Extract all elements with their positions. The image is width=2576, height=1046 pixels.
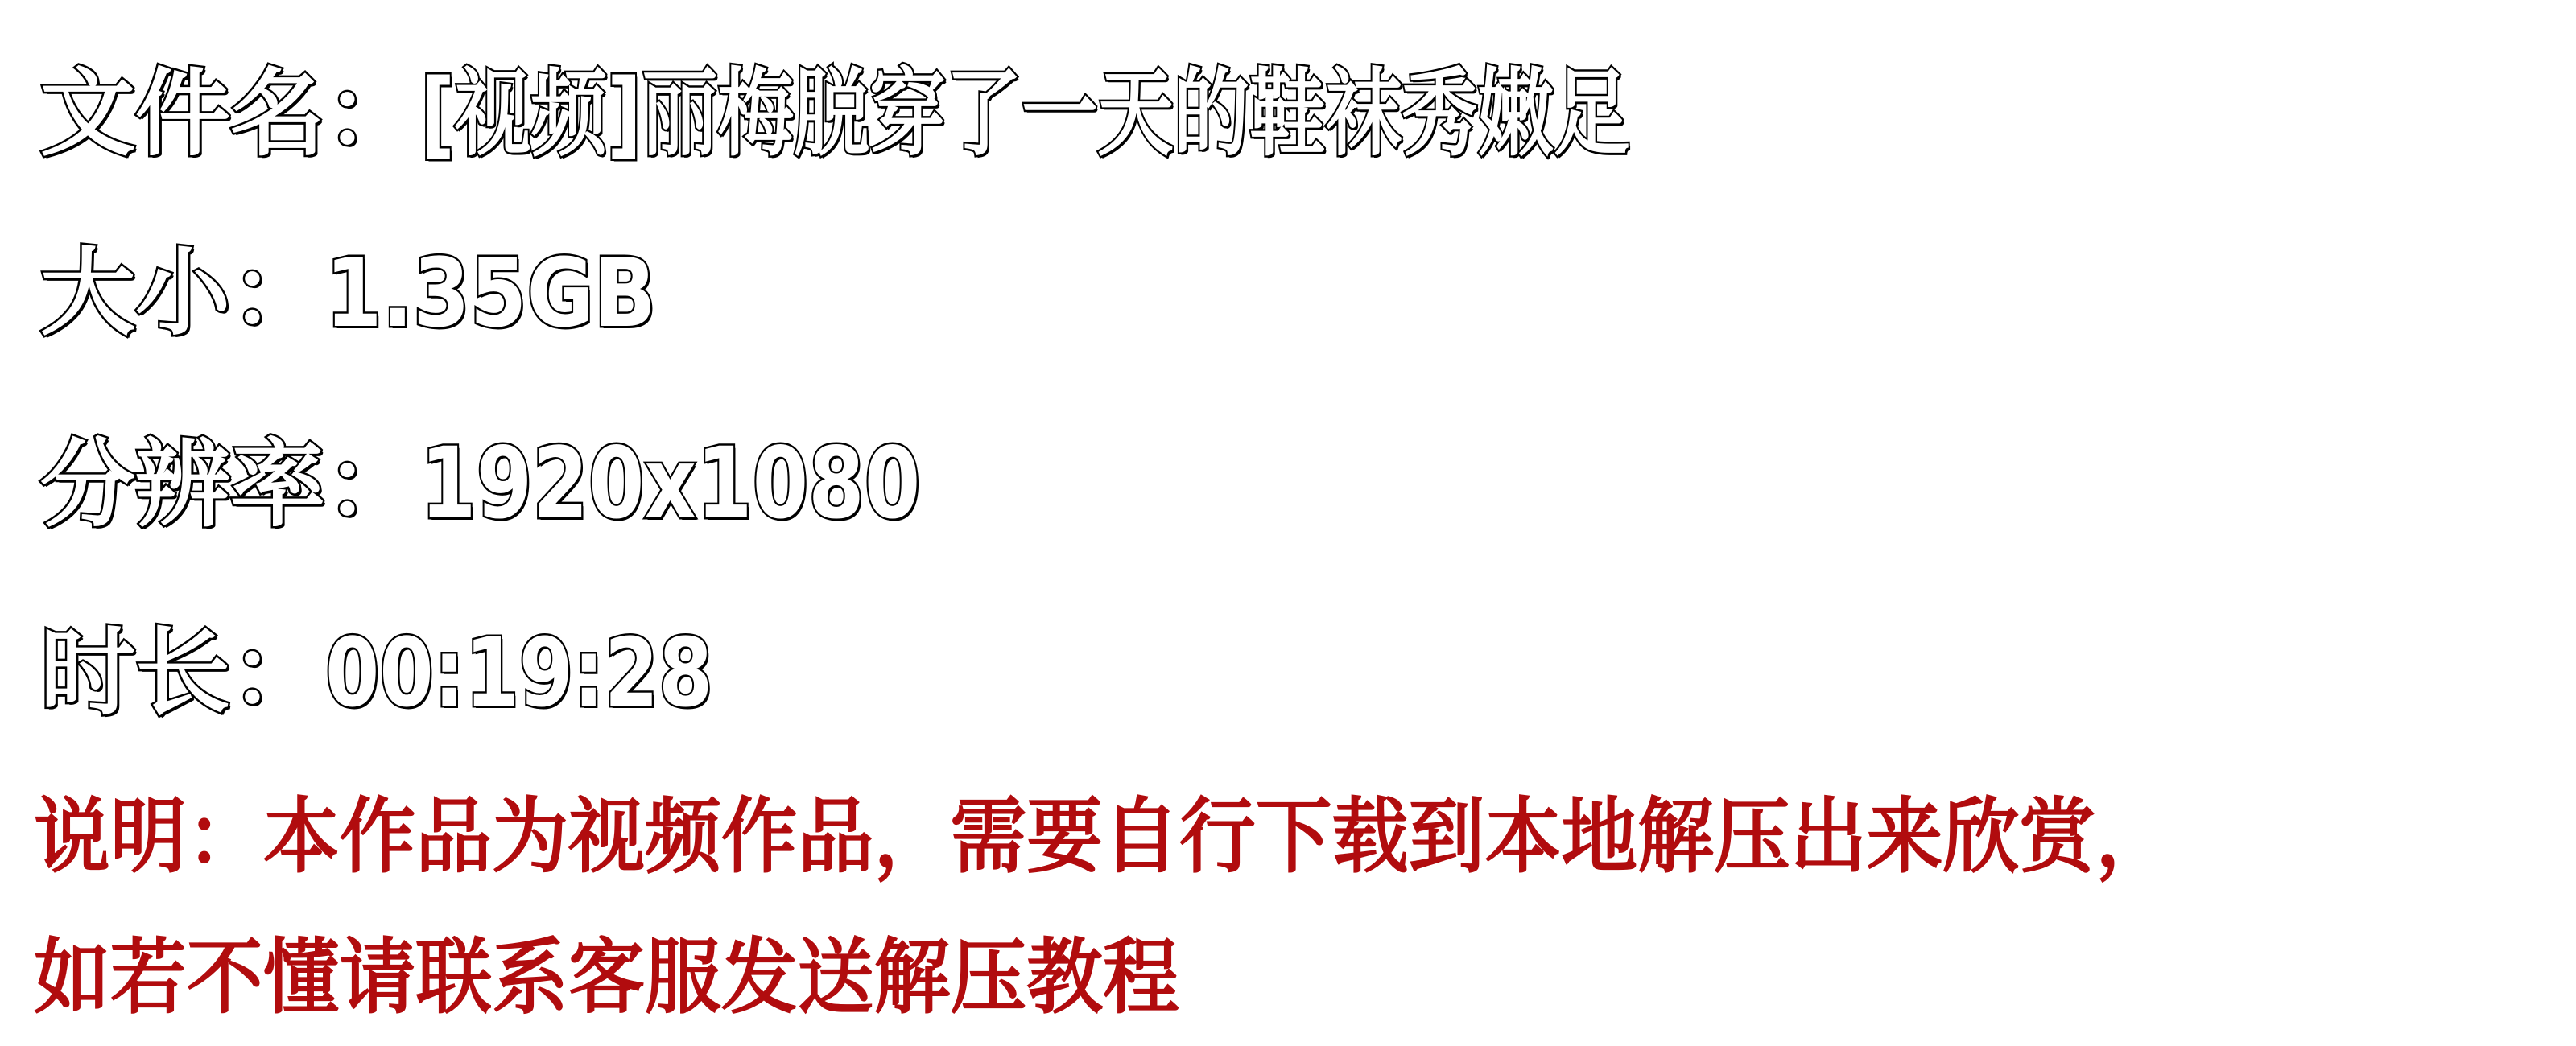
duration-label: 时长： bbox=[40, 625, 325, 720]
duration-row: 时长：00:19:28 bbox=[40, 625, 798, 720]
filename-label: 文件名： bbox=[40, 66, 420, 161]
size-row: 大小：1.35GB bbox=[40, 245, 710, 340]
size-value: 1.35GB bbox=[325, 245, 656, 340]
duration-value: 00:19:28 bbox=[325, 625, 712, 720]
size-label: 大小： bbox=[40, 245, 325, 340]
note-line-1: 说明：本作品为视频作品，需要自行下载到本地解压出来欣赏， bbox=[34, 797, 2172, 879]
resolution-row: 分辨率：1920x1080 bbox=[40, 434, 1030, 533]
filename-row: 文件名：[视频]丽梅脱穿了一天的鞋袜秀嫩足 bbox=[40, 66, 1932, 161]
resolution-value: 1920x1080 bbox=[420, 434, 920, 533]
resolution-label: 分辨率： bbox=[40, 437, 420, 532]
filename-value: [视频]丽梅脱穿了一天的鞋袜秀嫩足 bbox=[420, 66, 1629, 161]
note-line-2: 如若不懂请联系客服发送解压教程 bbox=[34, 937, 1179, 1019]
